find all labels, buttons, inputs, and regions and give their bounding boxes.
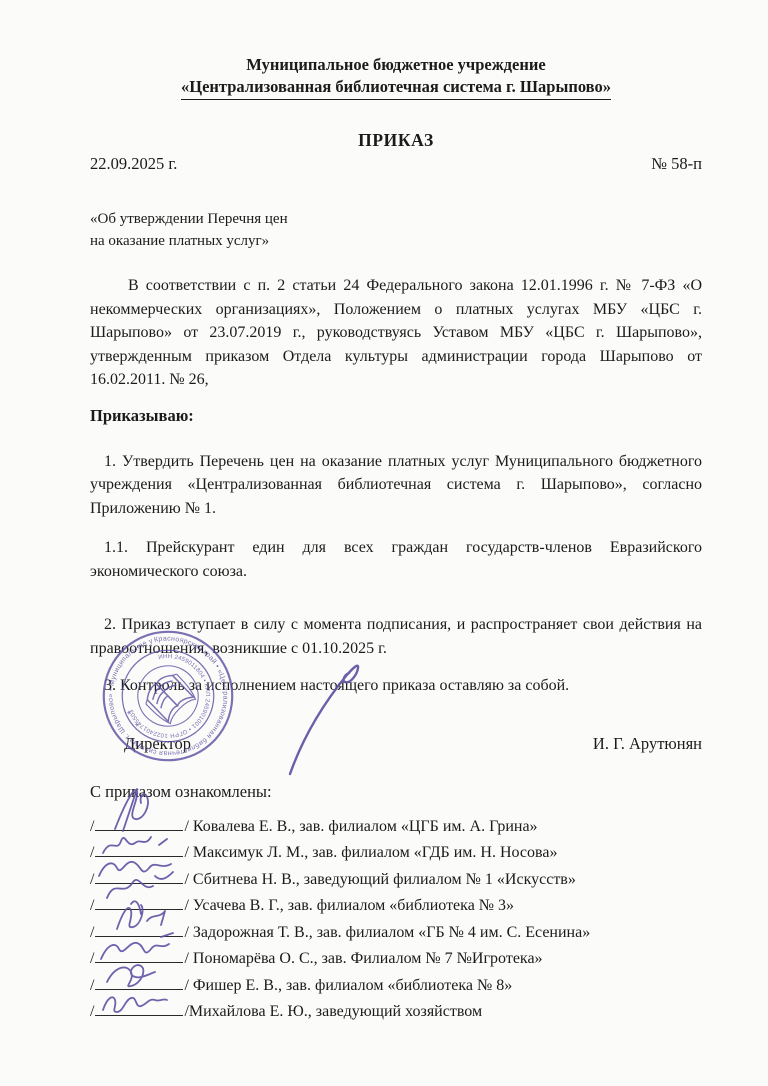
slash: / [90,950,94,967]
slash: / [90,1003,94,1020]
org-name-line1: Муниципальное бюджетное учреждение [90,54,702,76]
slash: / [184,844,192,861]
ack-row: // Задорожная Т. В., зав. филиалом «ГБ №… [90,920,702,947]
ack-row: //Михайлова Е. Ю., заведующий хозяйством [90,999,702,1026]
subject-line2: на оказание платных услуг» [90,230,702,252]
slash: / [184,871,192,888]
ack-text: Усачева В. Г., зав. филиалом «библиотека… [193,897,514,914]
slash: / [90,977,94,994]
ack-text: Михайлова Е. Ю., заведующий хозяйством [189,1003,482,1020]
slash: / [184,977,192,994]
ack-row: // Пономарёва О. С., зав. Филиалом № 7 №… [90,946,702,973]
slash: / [90,897,94,914]
ack-row: // Максимук Л. М., зав. филиалом «ГДБ им… [90,840,702,867]
doc-subject: «Об утверждении Перечня цен на оказание … [90,208,702,252]
slash: / [184,950,192,967]
slash: / [90,871,94,888]
director-name: И. Г. Арутюнян [593,732,702,756]
ack-text: Пономарёва О. С., зав. Филиалом № 7 №Игр… [193,950,543,967]
slash: / [90,818,94,835]
ack-row: // Усачева В. Г., зав. филиалом «библиот… [90,893,702,920]
slash: / [184,818,192,835]
order-word: Приказываю: [90,404,702,428]
ack-row: // Ковалева Е. В., зав. филиалом «ЦГБ им… [90,814,702,841]
subject-line1: «Об утверждении Перечня цен [90,208,702,230]
slash: / [90,844,94,861]
slash: / [90,924,94,941]
doc-type-title: ПРИКАЗ [90,128,702,152]
doc-date: 22.09.2025 г. [90,152,177,176]
director-signature-stroke [262,630,392,780]
ack-text: Задорожная Т. В., зав. филиалом «ГБ № 4 … [193,924,590,941]
document-page: Муниципальное бюджетное учреждение «Цент… [0,0,768,1026]
slash: / [184,924,192,941]
signature-blank-line [95,1002,183,1016]
date-number-row: 22.09.2025 г. № 58-п [90,152,702,176]
ack-row: // Сбитнева Н. В., заведующий филиалом №… [90,867,702,894]
ack-text: Ковалева Е. В., зав. филиалом «ЦГБ им. А… [193,818,538,835]
slash: / [184,897,192,914]
ack-text: Сбитнева Н. В., заведующий филиалом № 1 … [193,871,576,888]
intro-paragraph: В соответствии с п. 2 статьи 24 Федераль… [90,274,702,392]
ack-text: Максимук Л. М., зав. филиалом «ГДБ им. Н… [193,844,558,861]
order-item-1: 1. Утвердить Перечень цен на оказание пл… [90,450,702,521]
ack-row: // Фишер Е. В., зав. филиалом «библиотек… [90,973,702,1000]
doc-number: № 58-п [651,152,702,176]
org-header: Муниципальное бюджетное учреждение «Цент… [90,54,702,100]
ack-text: Фишер Е. В., зав. филиалом «библиотека №… [193,977,512,994]
org-name-line2: «Централизованная библиотечная система г… [181,76,611,100]
ack-list: // Ковалева Е. В., зав. филиалом «ЦГБ им… [90,814,702,1026]
order-item-1-1: 1.1. Прейскурант един для всех граждан г… [90,536,702,583]
ack-heading: С приказом ознакомлены: [90,780,702,804]
